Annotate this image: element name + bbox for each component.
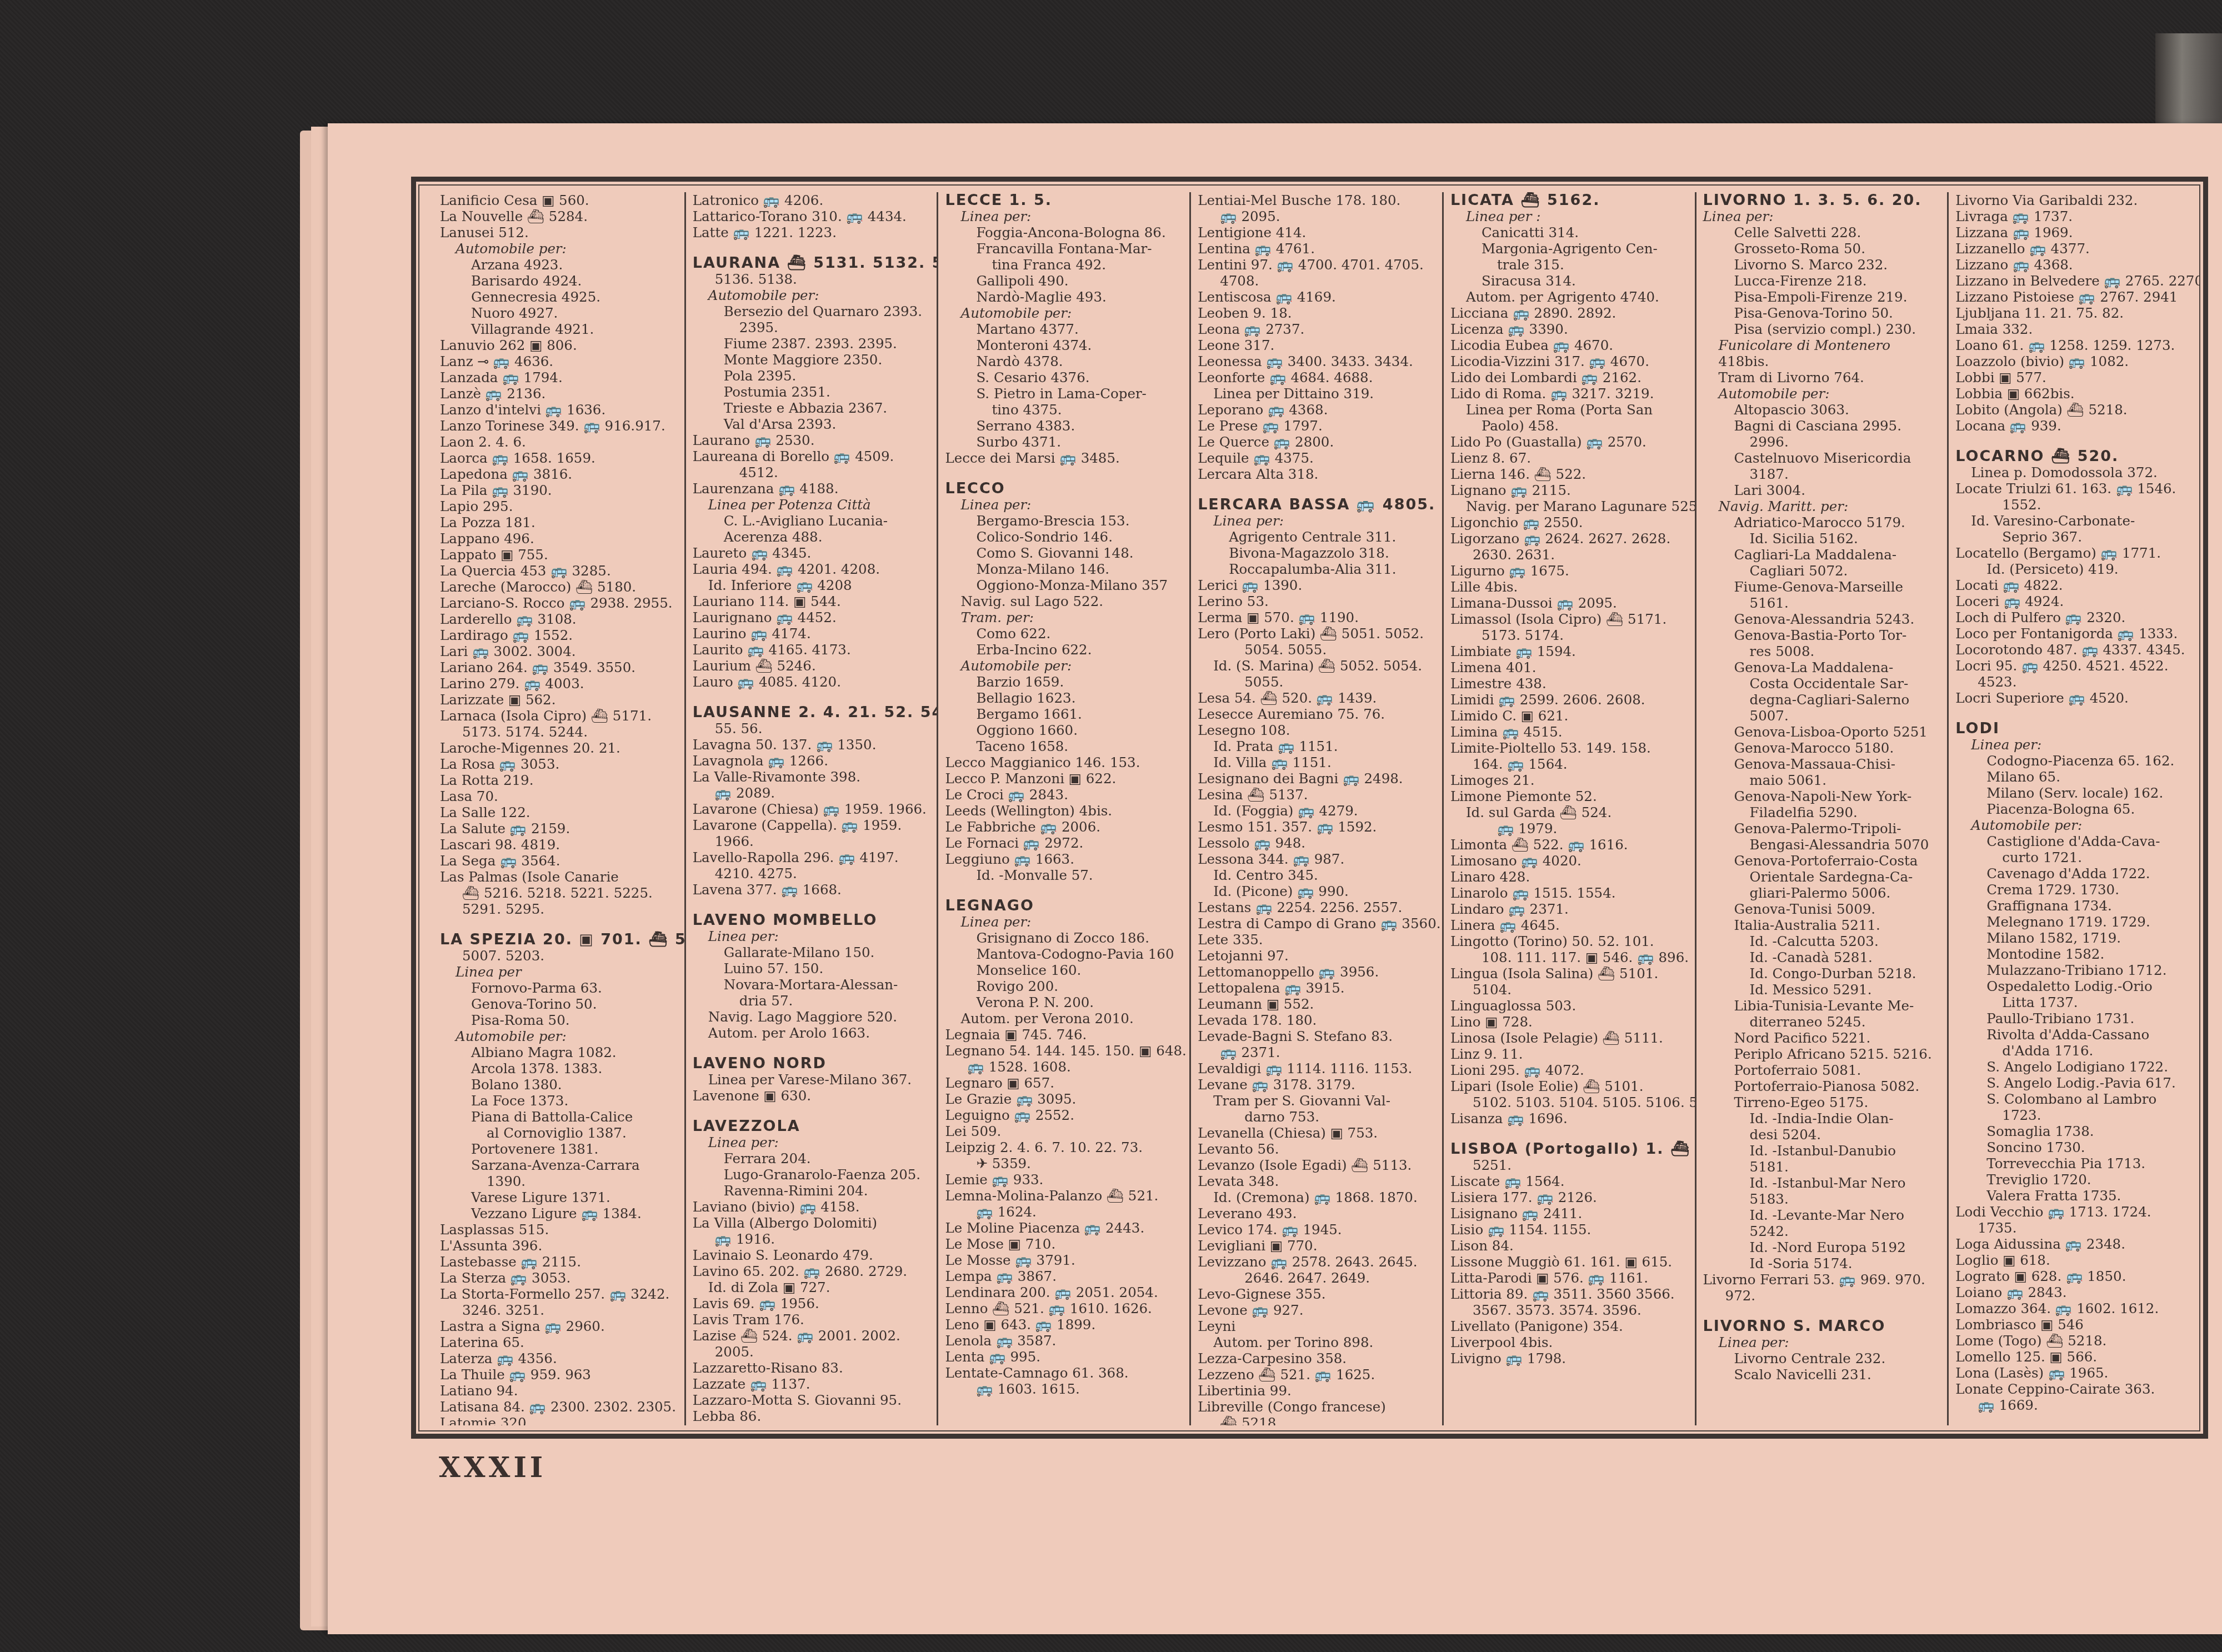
index-entry: Letojanni 97. (1198, 948, 1437, 964)
index-entry: Larino 279. 🚌 4003. (440, 675, 679, 692)
index-entry: 3246. 3251. (440, 1302, 679, 1318)
index-entry: Laureto 🚌 4345. (693, 545, 932, 561)
index-entry: trale 315. (1450, 257, 1689, 273)
index-entry: Lmaia 332. (1955, 321, 2194, 337)
index-entry: Lierna 146. ⛴ 522. (1450, 466, 1689, 482)
index-entry: Libreville (Congo francese) (1198, 1399, 1437, 1415)
index-entry: Lercara Alta 318. (1198, 466, 1437, 482)
index-entry: Melegnano 1719. 1729. (1955, 914, 2194, 930)
index-entry: Seprio 367. (1955, 529, 2194, 545)
index-entry: Lenno ⛴ 521. 🚌 1610. 1626. (945, 1300, 1184, 1316)
index-entry: Leumann ▣ 552. (1198, 996, 1437, 1012)
index-entry: 1390. (440, 1173, 679, 1189)
index-entry: Lombriasco ▣ 546 (1955, 1316, 2194, 1333)
index-entry: Grosseto-Roma 50. (1703, 241, 1942, 257)
index-entry: Laurignano 🚌 4452. (693, 609, 932, 625)
index-entry: Lentigione 414. (1198, 224, 1437, 241)
index-entry: Laurenzana 🚌 4188. (693, 480, 932, 497)
index-entry: Lecco P. Manzoni ▣ 622. (945, 770, 1184, 787)
station-heading: LAVEZZOLA (693, 1118, 932, 1134)
index-entry: Lobito (Angola) ⛴ 5218. (1955, 402, 2194, 418)
index-entry: Lesa 54. ⛴ 520. 🚌 1439. (1198, 690, 1437, 706)
index-entry: Lecco Maggianico 146. 153. (945, 754, 1184, 770)
index-entry: Fornovo-Parma 63. (440, 980, 679, 996)
index-entry: S. Pietro in Lama-Coper- (945, 386, 1184, 402)
index-entry: Levata 348. (1198, 1173, 1437, 1189)
index-entry: Levo-Gignese 355. (1198, 1286, 1437, 1302)
index-entry: Linaro 428. (1450, 869, 1689, 885)
index-entry: 🚌 2089. (693, 785, 932, 801)
index-entry: Locatello (Bergamo) 🚌 1771. (1955, 545, 2194, 561)
index-entry: Id. -India-Indie Olan- (1703, 1110, 1942, 1127)
index-entry: Levone 🚌 927. (1198, 1302, 1437, 1318)
index-entry: 5054. 5055. (1198, 642, 1437, 658)
index-entry: Larizzate ▣ 562. (440, 692, 679, 708)
index-entry: Lesegno 108. (1198, 722, 1437, 738)
index-entry: Limite-Pioltello 53. 149. 158. (1450, 740, 1689, 756)
index-entry: Id. -Canadà 5281. (1703, 949, 1942, 965)
index-entry: Locate Triulzi 61. 163. 🚌 1546. (1955, 480, 2194, 497)
index-entry: Lauria 494. 🚌 4201. 4208. (693, 561, 932, 577)
index-entry: Id. -Calcutta 5203. (1703, 933, 1942, 949)
index-entry: Linea per: (693, 928, 932, 944)
index-entry: Foggia-Ancona-Bologna 86. (945, 224, 1184, 241)
index-entry: Automobile per: (1955, 817, 2194, 833)
index-entry: La Pila 🚌 3190. (440, 482, 679, 498)
index-entry: Tram per S. Giovanni Val- (1198, 1093, 1437, 1109)
index-entry: Linea p. Domodossola 372. (1955, 464, 2194, 480)
index-entry: Lisanza 🚌 1696. (1450, 1110, 1689, 1127)
index-entry: Limana-Dussoi 🚌 2095. (1450, 595, 1689, 611)
index-entry: Lerici 🚌 1390. (1198, 577, 1437, 593)
index-entry: Locri Superiore 🚌 4520. (1955, 690, 2194, 706)
index-entry: Linguaglossa 503. (1450, 998, 1689, 1014)
index-entry: 🚌 1624. (945, 1204, 1184, 1220)
index-entry: Loano 61. 🚌 1258. 1259. 1273. (1955, 337, 2194, 353)
index-entry: Barzio 1659. (945, 674, 1184, 690)
index-entry: Bellagio 1623. (945, 690, 1184, 706)
index-entry: Lesmo 151. 357. 🚌 1592. (1198, 819, 1437, 835)
index-entry: ⛴ 5218. (1198, 1415, 1437, 1425)
index-entry: Tirreno-Egeo 5175. (1703, 1094, 1942, 1110)
index-entry: Tram di Livorno 764. (1703, 369, 1942, 386)
index-entry: Latiano 94. (440, 1383, 679, 1399)
index-columns: Lanificio Cesa ▣ 560.La Nouvelle ⛴ 5284.… (433, 192, 2200, 1425)
index-entry: Lavagna 50. 137. 🚌 1350. (693, 737, 932, 753)
index-entry: Lanzo Torinese 349. 🚌 916.917. (440, 418, 679, 434)
index-entry: Ospedaletto Lodig.-Orio (1955, 978, 2194, 994)
index-entry: Leona 🚌 2737. (1198, 321, 1437, 337)
index-entry: Automobile per: (1703, 386, 1942, 402)
index-entry: Funicolare di Montenero (1703, 337, 1942, 353)
index-entry: Levanzo (Isole Egadi) ⛴ 5113. (1198, 1157, 1437, 1173)
index-entry: 5291. 5295. (440, 901, 679, 917)
index-entry: Automobile per: (945, 658, 1184, 674)
index-entry: Genova-Torino 50. (440, 996, 679, 1012)
index-entry: Lenola 🚌 3587. (945, 1333, 1184, 1349)
index-entry: Linea per Varese-Milano 367. (693, 1072, 932, 1088)
index-entry: Leeds (Wellington) 4bis. (945, 803, 1184, 819)
index-entry: Livorno S. Marco 232. (1703, 257, 1942, 273)
station-heading: LEGNAGO (945, 898, 1184, 914)
index-entry: Livorno Centrale 232. (1703, 1350, 1942, 1366)
index-entry: Id. -Nord Europa 5192 (1703, 1239, 1942, 1255)
index-entry: Lanzè 🚌 2136. (440, 386, 679, 402)
index-entry: Id. (S. Marina) ⛴ 5052. 5054. (1198, 658, 1437, 674)
index-entry: Lanusei 512. (440, 224, 679, 241)
index-entry: Autom. per Verona 2010. (945, 1010, 1184, 1027)
index-entry: 🚌 1669. (1955, 1397, 2194, 1413)
index-entry: Lobbi ▣ 577. (1955, 369, 2194, 386)
index-entry: Italia-Australia 5211. (1703, 917, 1942, 933)
index-entry: Lanzada 🚌 1794. (440, 369, 679, 386)
index-entry: Le Cave 69. (693, 1424, 932, 1425)
index-entry: Adriatico-Marocco 5179. (1703, 514, 1942, 530)
index-entry: Lavagnola 🚌 1266. (693, 753, 932, 769)
index-entry: Oggiono 1660. (945, 722, 1184, 738)
index-entry: Siracusa 314. (1450, 273, 1689, 289)
index-entry: 5173. 5174. (1450, 627, 1689, 643)
index-entry: 1552. (1955, 497, 2194, 513)
index-entry: Lariano 264. 🚌 3549. 3550. (440, 659, 679, 675)
index-entry: Laon 2. 4. 6. (440, 434, 679, 450)
index-entry: Navig. Maritt. per: (1703, 498, 1942, 514)
index-entry: 5183. (1703, 1191, 1942, 1207)
index-entry: Laurium ⛴ 5246. (693, 658, 932, 674)
index-entry: Bolano 1380. (440, 1077, 679, 1093)
index-entry: Lavarone (Cappella). 🚌 1959. (693, 817, 932, 833)
index-entry: Le Mosse 🚌 3791. (945, 1252, 1184, 1268)
index-entry: Pisa-Empoli-Firenze 219. (1703, 289, 1942, 305)
index-entry: Lanzo d'intelvi 🚌 1636. (440, 402, 679, 418)
index-entry: Lesina ⛴ 5137. (1198, 787, 1437, 803)
index-entry: L'Assunta 396. (440, 1238, 679, 1254)
index-entry: Lazzate 🚌 1137. (693, 1376, 932, 1392)
index-entry: Loco per Fontanigorda 🚌 1333. (1955, 625, 2194, 642)
index-entry: 4708. (1198, 273, 1437, 289)
index-entry: Lauro 🚌 4085. 4120. (693, 674, 932, 690)
index-entry: Treviglio 1720. (1955, 1172, 2194, 1188)
index-entry: 5251. (1450, 1157, 1689, 1173)
station-heading: LAUSANNE 2. 4. 21. 52. 54. (693, 704, 932, 720)
index-entry: Levico 174. 🚌 1945. (1198, 1222, 1437, 1238)
station-heading: LISBOA (Portogallo) 1. ⛴ 5225 (1450, 1141, 1689, 1157)
index-entry: desi 5204. (1703, 1127, 1942, 1143)
index-entry: Lioni 295. 🚌 4072. (1450, 1062, 1689, 1078)
index-entry: Lentate-Camnago 61. 368. (945, 1365, 1184, 1381)
index-entry: La Nouvelle ⛴ 5284. (440, 208, 679, 224)
index-entry: Ravenna-Rimini 204. (693, 1183, 932, 1199)
index-entry: Pisa (servizio compl.) 230. (1703, 321, 1942, 337)
index-entry: 3187. (1703, 466, 1942, 482)
station-heading: LODI (1955, 720, 2194, 737)
index-entry: Limosano 🚌 4020. (1450, 853, 1689, 869)
index-entry: Surbo 4371. (945, 434, 1184, 450)
index-entry: Ferrara 204. (693, 1150, 932, 1167)
index-entry: Varese Ligure 1371. (440, 1189, 679, 1205)
index-entry: Lanz ⊸ 🚌 4636. (440, 353, 679, 369)
index-entry: Latomie 320. (440, 1415, 679, 1425)
index-entry: Legnaia ▣ 745. 746. (945, 1027, 1184, 1043)
index-entry: C. L.-Avigliano Lucania- (693, 513, 932, 529)
index-entry: Levane 🚌 3178. 3179. (1198, 1077, 1437, 1093)
index-entry: Scalo Navicelli 231. (1703, 1366, 1942, 1383)
index-entry: Loceri 🚌 4924. (1955, 593, 2194, 609)
index-entry: 🚌 2371. (1198, 1044, 1437, 1060)
index-entry: Martano 4377. (945, 321, 1184, 337)
index-entry: Id. Villa 🚌 1151. (1198, 754, 1437, 770)
index-entry: Laroche-Migennes 20. 21. (440, 740, 679, 756)
index-entry: 🚌 1528. 1608. (945, 1059, 1184, 1075)
index-entry: Lavino 65. 202. 🚌 2680. 2729. (693, 1263, 932, 1279)
index-entry: Como 622. (945, 625, 1184, 642)
index-entry: Filadelfia 5290. (1703, 804, 1942, 820)
index-entry: La Valle-Rivamonte 398. (693, 769, 932, 785)
index-entry: Automobile per: (440, 1028, 679, 1044)
index-entry: Legnaro ▣ 657. (945, 1075, 1184, 1091)
index-entry: Lari 3004. (1703, 482, 1942, 498)
index-entry: S. Colombano al Lambro (1955, 1091, 2194, 1107)
index-column-3: LECCE 1. 5.Linea per:Foggia-Ancona-Bolog… (938, 192, 1191, 1425)
index-entry: Id. -Istanbul-Mar Nero (1703, 1175, 1942, 1191)
index-entry: Grisignano di Zocco 186. (945, 930, 1184, 946)
index-entry: Genova-La Maddalena- (1703, 659, 1942, 675)
index-entry: Genova-Palermo-Tripoli- (1703, 820, 1942, 837)
index-entry: Lugo-Granarolo-Faenza 205. (693, 1167, 932, 1183)
index-entry: Leporano 🚌 4368. (1198, 402, 1437, 418)
index-entry: Leipzig 2. 4. 6. 7. 10. 22. 73. (945, 1139, 1184, 1155)
index-entry: Id -Soria 5174. (1703, 1255, 1942, 1271)
index-entry: Lille 4bis. (1450, 579, 1689, 595)
index-entry: S. Angelo Lodig.-Pavia 617. (1955, 1075, 2194, 1091)
index-entry: Lessona 344. 🚌 987. (1198, 851, 1437, 867)
index-entry: 5242. (1703, 1223, 1942, 1239)
index-entry: Leoben 9. 18. (1198, 305, 1437, 321)
index-entry: Mulazzano-Tribiano 1712. (1955, 962, 2194, 978)
index-entry: Tram. per: (945, 609, 1184, 625)
index-entry: Le Querce 🚌 2800. (1198, 434, 1437, 450)
index-entry: Lisignano 🚌 2411. (1450, 1205, 1689, 1222)
index-entry: Livigno 🚌 1798. (1450, 1350, 1689, 1366)
index-entry: Lignano 🚌 2115. (1450, 482, 1689, 498)
index-entry: 🚌 1603. 1615. (945, 1381, 1184, 1397)
index-entry: Id. -Levante-Mar Nero (1703, 1207, 1942, 1223)
index-entry: 5161. (1703, 595, 1942, 611)
index-entry: 2996. (1703, 434, 1942, 450)
index-entry: Licodia Eubea 🚌 4670. (1450, 337, 1689, 353)
index-entry: Monteroni 4374. (945, 337, 1184, 353)
index-entry: S. Angelo Lodigiano 1722. (1955, 1059, 2194, 1075)
index-entry: Laterza 🚌 4356. (440, 1350, 679, 1366)
index-entry: Id. (Foggia) 🚌 4279. (1198, 803, 1437, 819)
index-entry: Lauriano 114. ▣ 544. (693, 593, 932, 609)
index-entry: Linea per: (1703, 1334, 1942, 1350)
index-entry: Milano (Serv. locale) 162. (1955, 785, 2194, 801)
index-entry: Linarolo 🚌 1515. 1554. (1450, 885, 1689, 901)
index-entry: Lazise ⛴ 524. 🚌 2001. 2002. (693, 1328, 932, 1344)
index-entry: Linea per: (945, 208, 1184, 224)
index-entry: Lareche (Marocco) ⛴ 5180. (440, 579, 679, 595)
index-entry: Linea per: (945, 497, 1184, 513)
index-entry: Lari 🚌 3002. 3004. (440, 643, 679, 659)
index-entry: Margonia-Agrigento Cen- (1450, 241, 1689, 257)
index-entry: Id. (Persiceto) 419. (1955, 561, 2194, 577)
index-entry: La Pozza 181. (440, 514, 679, 530)
index-entry: Id. (Cremona) 🚌 1868. 1870. (1198, 1189, 1437, 1205)
index-entry: Gallarate-Milano 150. (693, 944, 932, 960)
index-entry: Latte 🚌 1221. 1223. (693, 224, 932, 241)
index-entry: Lido dei Lombardi 🚌 2162. (1450, 369, 1689, 386)
index-entry: Milano 65. (1955, 769, 2194, 785)
index-entry: Nord Pacifico 5221. (1703, 1030, 1942, 1046)
index-entry: Lonate Ceppino-Cairate 363. (1955, 1381, 2194, 1397)
index-entry: Gennecresia 4925. (440, 289, 679, 305)
index-entry: Livorno Ferrari 53. 🚌 969. 970. (1703, 1271, 1942, 1288)
station-heading: LAURANA ⛴ 5131. 5132. 5133. (693, 255, 932, 271)
station-heading: LECCE 1. 5. (945, 192, 1184, 208)
index-entry: Sarzana-Avenza-Carrara (440, 1157, 679, 1173)
index-entry: Pisa-Genova-Torino 50. (1703, 305, 1942, 321)
index-entry: Limina 🚌 4515. (1450, 724, 1689, 740)
index-entry: Paolo) 458. (1450, 418, 1689, 434)
index-entry: Lendinara 200. 🚌 2051. 2054. (945, 1284, 1184, 1300)
index-entry: Lenta 🚌 995. (945, 1349, 1184, 1365)
index-entry: Licciana 🚌 2890. 2892. (1450, 305, 1689, 321)
index-column-4: Lentiai-Mel Busche 178. 180.🚌 2095.Lenti… (1191, 192, 1444, 1425)
index-entry: 5055. (1198, 674, 1437, 690)
index-entry: Linosa (Isole Pelagie) ⛴ 5111. (1450, 1030, 1689, 1046)
index-entry: Lappano 496. (440, 530, 679, 547)
index-entry: La Thuile 🚌 959. 963 (440, 1366, 679, 1383)
index-entry: Lizzano Pistoiese 🚌 2767. 2941 (1955, 289, 2194, 305)
index-entry: Lempa 🚌 3867. (945, 1268, 1184, 1284)
index-entry: Laterina 65. (440, 1334, 679, 1350)
index-entry: Loiano 🚌 2843. (1955, 1284, 2194, 1300)
index-entry: Verona P. N. 200. (945, 994, 1184, 1010)
index-entry: degna-Cagliari-Salerno (1703, 692, 1942, 708)
index-entry: Linea per: (945, 914, 1184, 930)
index-entry: Genova-Tunisi 5009. (1703, 901, 1942, 917)
index-entry: Ligurno 🚌 1675. (1450, 563, 1689, 579)
index-entry: Genova-Lisboa-Oporto 5251 (1703, 724, 1942, 740)
station-heading: LIVORNO 1. 3. 5. 6. 20. (1703, 192, 1942, 208)
index-entry: Lerma ▣ 570. 🚌 1190. (1198, 609, 1437, 625)
index-entry: Libia-Tunisia-Levante Me- (1703, 998, 1942, 1014)
index-entry: Limena 401. (1450, 659, 1689, 675)
index-entry: Navig. Lago Maggiore 520. (693, 1009, 932, 1025)
index-entry: d'Adda 1716. (1955, 1043, 2194, 1059)
index-entry: 164. 🚌 1564. (1450, 756, 1689, 772)
index-entry: Leyni (1198, 1318, 1437, 1334)
index-entry: Lero (Porto Laki) ⛴ 5051. 5052. (1198, 625, 1437, 642)
index-entry: Lasa 70. (440, 788, 679, 804)
index-entry: Leno ▣ 643. 🚌 1899. (945, 1316, 1184, 1333)
index-entry: Agrigento Centrale 311. (1198, 529, 1437, 545)
index-entry: Lavis Tram 176. (693, 1311, 932, 1328)
index-entry: Id. (Picone) 🚌 990. (1198, 883, 1437, 899)
index-entry: Legnano 54. 144. 145. 150. ▣ 648. (945, 1043, 1184, 1059)
index-entry: Lisiera 177. 🚌 2126. (1450, 1189, 1689, 1205)
index-entry: La Sterza 🚌 3053. (440, 1270, 679, 1286)
index-entry: Genova-Portoferraio-Costa (1703, 853, 1942, 869)
index-entry: Navig. per Marano Lagunare 525 (1450, 498, 1689, 514)
index-entry: Laviano (bivio) 🚌 4158. (693, 1199, 932, 1215)
index-entry: 4512. (693, 464, 932, 480)
index-entry: Monselice 160. (945, 962, 1184, 978)
index-entry: maio 5061. (1703, 772, 1942, 788)
index-entry: Litta 1737. (1955, 994, 2194, 1010)
index-entry: Licodia-Vizzini 317. 🚌 4670. (1450, 353, 1689, 369)
index-entry: Francavilla Fontana-Mar- (945, 241, 1184, 257)
index-entry: Milano 1582, 1719. (1955, 930, 2194, 946)
index-entry: Littoria 89. 🚌 3511. 3560 3566. (1450, 1286, 1689, 1302)
index-entry: Id. -Monvalle 57. (945, 867, 1184, 883)
index-entry: Soncino 1730. (1955, 1139, 2194, 1155)
index-entry: Lapedona 🚌 3816. (440, 466, 679, 482)
index-entry: 4523. (1955, 674, 2194, 690)
index-entry: Lisio 🚌 1154. 1155. (1450, 1222, 1689, 1238)
index-entry: Linz 9. 11. (1450, 1046, 1689, 1062)
index-entry: Leonessa 🚌 3400. 3433. 3434. (1198, 353, 1437, 369)
index-entry: Linea per: (1955, 737, 2194, 753)
page-number: XXXII (439, 1451, 546, 1484)
index-entry: Levaldigi 🚌 1114. 1116. 1153. (1198, 1060, 1437, 1077)
index-entry: Loazzolo (bivio) 🚌 1082. (1955, 353, 2194, 369)
index-entry: Lanificio Cesa ▣ 560. (440, 192, 679, 208)
index-entry: Limoges 21. (1450, 772, 1689, 788)
index-entry: Lei 509. (945, 1123, 1184, 1139)
station-heading: LICATA ⛴ 5162. (1450, 192, 1689, 208)
index-entry: Limidi 🚌 2599. 2606. 2608. (1450, 692, 1689, 708)
index-entry: S. Cesario 4376. (945, 369, 1184, 386)
index-entry: Id. Varesino-Carbonate- (1955, 513, 2194, 529)
index-entry: Lessolo 🚌 948. (1198, 835, 1437, 851)
index-entry: Taceno 1658. (945, 738, 1184, 754)
index-entry: Id. sul Garda ⛴ 524. (1450, 804, 1689, 820)
index-entry: 5007. (1703, 708, 1942, 724)
index-entry: Limbiate 🚌 1594. (1450, 643, 1689, 659)
index-entry: 🚌 1916. (693, 1231, 932, 1247)
index-entry: curto 1721. (1955, 849, 2194, 865)
index-entry: Laurano 🚌 2530. (693, 432, 932, 448)
index-entry: Autom. per Arolo 1663. (693, 1025, 932, 1041)
index-entry: Lestans 🚌 2254. 2256. 2557. (1198, 899, 1437, 915)
index-entry: Lavis 69. 🚌 1956. (693, 1295, 932, 1311)
index-entry: Linea per : (1450, 208, 1689, 224)
index-entry: Id. Inferiore 🚌 4208 (693, 577, 932, 593)
index-entry: Lentiai-Mel Busche 178. 180. (1198, 192, 1437, 208)
index-entry: Id. Congo-Durban 5218. (1703, 965, 1942, 982)
index-entry: Fiume-Genova-Marseille (1703, 579, 1942, 595)
index-entry: 4210. 4275. (693, 865, 932, 882)
index-entry: Lison 84. (1450, 1238, 1689, 1254)
index-entry: Cagliari-La Maddalena- (1703, 547, 1942, 563)
index-entry: 5102. 5103. 5104. 5105. 5106. 5179 (1450, 1094, 1689, 1110)
index-entry: Lavello-Rapolla 296. 🚌 4197. (693, 849, 932, 865)
index-entry: Lecce dei Marsi 🚌 3485. (945, 450, 1184, 466)
index-entry: dria 57. (693, 993, 932, 1009)
index-entry: Lingua (Isola Salina) ⛴ 5101. (1450, 965, 1689, 982)
index-entry: Linea per Potenza Città (693, 497, 932, 513)
index-entry: Livellato (Panigone) 354. (1450, 1318, 1689, 1334)
index-entry: res 5008. (1703, 643, 1942, 659)
index-entry: Bersezio del Quarnaro 2393. (693, 303, 932, 319)
index-entry: La Salle 122. (440, 804, 679, 820)
index-entry: Le Croci 🚌 2843. (945, 787, 1184, 803)
index-entry: Trieste e Abbazia 2367. (693, 400, 932, 416)
station-heading: LECCO (945, 480, 1184, 497)
index-entry: 108. 111. 117. ▣ 546. 🚌 896. (1450, 949, 1689, 965)
